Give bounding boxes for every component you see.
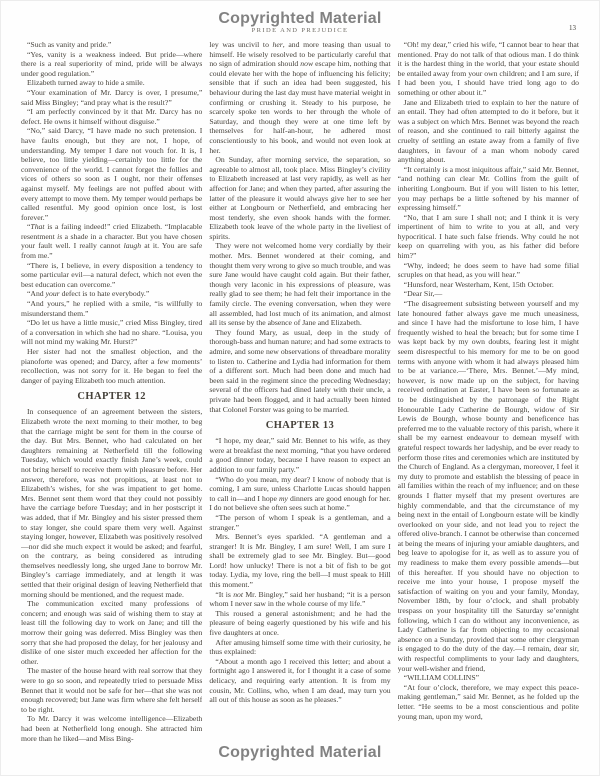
- paragraph: Elizabeth turned away to hide a smile.: [21, 78, 202, 88]
- paragraph: “At four o’clock, therefore, we may expe…: [398, 683, 579, 721]
- paragraph: “I am perfectly convinced by it that Mr.…: [21, 107, 202, 126]
- paragraph: “Hunsford, near Westerham, Kent, 15th Oc…: [398, 280, 579, 290]
- paragraph: “There is, I believe, in every dispositi…: [21, 261, 202, 290]
- paragraph: The communication excited many professio…: [21, 599, 202, 666]
- text-column-1: “Such as vanity and pride.”“Yes, vanity …: [21, 40, 202, 752]
- copyright-watermark-bottom: Copyrighted Material: [0, 744, 600, 762]
- paragraph: Jane and Elizabeth tried to explain to h…: [398, 98, 579, 165]
- paragraph: “And your defect is to hate everybody.”: [21, 289, 202, 299]
- chapter-heading: CHAPTER 13: [209, 420, 390, 432]
- paragraph: They were not welcomed home very cordial…: [209, 241, 390, 327]
- paragraph: “It is not Mr. Bingley,” said her husban…: [209, 590, 390, 609]
- paragraph: After amusing himself some time with the…: [209, 638, 390, 657]
- paragraph: ley was uncivil to her, and more teasing…: [209, 40, 390, 155]
- paragraph: “Dear Sir,—: [398, 289, 579, 299]
- paragraph: “Who do you mean, my dear? I know of nob…: [209, 475, 390, 513]
- page-number: 13: [569, 24, 576, 32]
- paragraph: “Your examination of Mr. Darcy is over, …: [21, 88, 202, 107]
- paragraph: “Such as vanity and pride.”: [21, 40, 202, 50]
- paragraph: “I hope, my dear,” said Mr. Bennet to hi…: [209, 436, 390, 474]
- paragraph: “Yes, vanity is a weakness indeed. But p…: [21, 50, 202, 79]
- chapter-heading: CHAPTER 12: [21, 391, 202, 403]
- paragraph: The master of the house heard with real …: [21, 666, 202, 714]
- running-header: PRIDE AND PREJUDICE: [0, 27, 600, 34]
- paragraph: On Sunday, after morning service, the se…: [209, 155, 390, 241]
- paragraph: “It certainly is a most iniquitous affai…: [398, 165, 579, 213]
- paragraph: They found Mary, as usual, deep in the s…: [209, 328, 390, 414]
- paragraph: “WILLIAM COLLINS”: [398, 673, 579, 683]
- paragraph: “No, that I am sure I shall not; and I t…: [398, 213, 579, 261]
- paragraph: This roused a general astonishment; and …: [209, 609, 390, 638]
- text-column-2: ley was uncivil to her, and more teasing…: [209, 40, 390, 752]
- paragraph: To Mr. Darcy it was welcome intelligence…: [21, 714, 202, 743]
- paragraph: “Why, indeed; he does seem to have had s…: [398, 261, 579, 280]
- paragraph: “That is a failing indeed!” cried Elizab…: [21, 222, 202, 260]
- paragraph: “And yours,” he replied with a smile, “i…: [21, 299, 202, 318]
- book-page: Copyrighted Material PRIDE AND PREJUDICE…: [0, 0, 600, 776]
- text-column-3: “Oh! my dear,” cried his wife, “I cannot…: [398, 40, 579, 752]
- paragraph: “The person of whom I speak is a gentlem…: [209, 513, 390, 532]
- paragraph: Mrs. Bennet’s eyes sparkled. “A gentlema…: [209, 532, 390, 590]
- paragraph: Her sister had not the smallest objectio…: [21, 347, 202, 385]
- paragraph: “About a month ago I received this lette…: [209, 657, 390, 705]
- copyright-watermark-top: Copyrighted Material: [0, 10, 600, 28]
- text-columns: “Such as vanity and pride.”“Yes, vanity …: [21, 40, 579, 752]
- paragraph: In consequence of an agreement between t…: [21, 407, 202, 599]
- paragraph: “The disagreement subsisting between you…: [398, 299, 579, 673]
- paragraph: “Oh! my dear,” cried his wife, “I cannot…: [398, 40, 579, 98]
- paragraph: “Do let us have a little music,” cried M…: [21, 318, 202, 347]
- paragraph: “No,” said Darcy, “I have made no such p…: [21, 126, 202, 222]
